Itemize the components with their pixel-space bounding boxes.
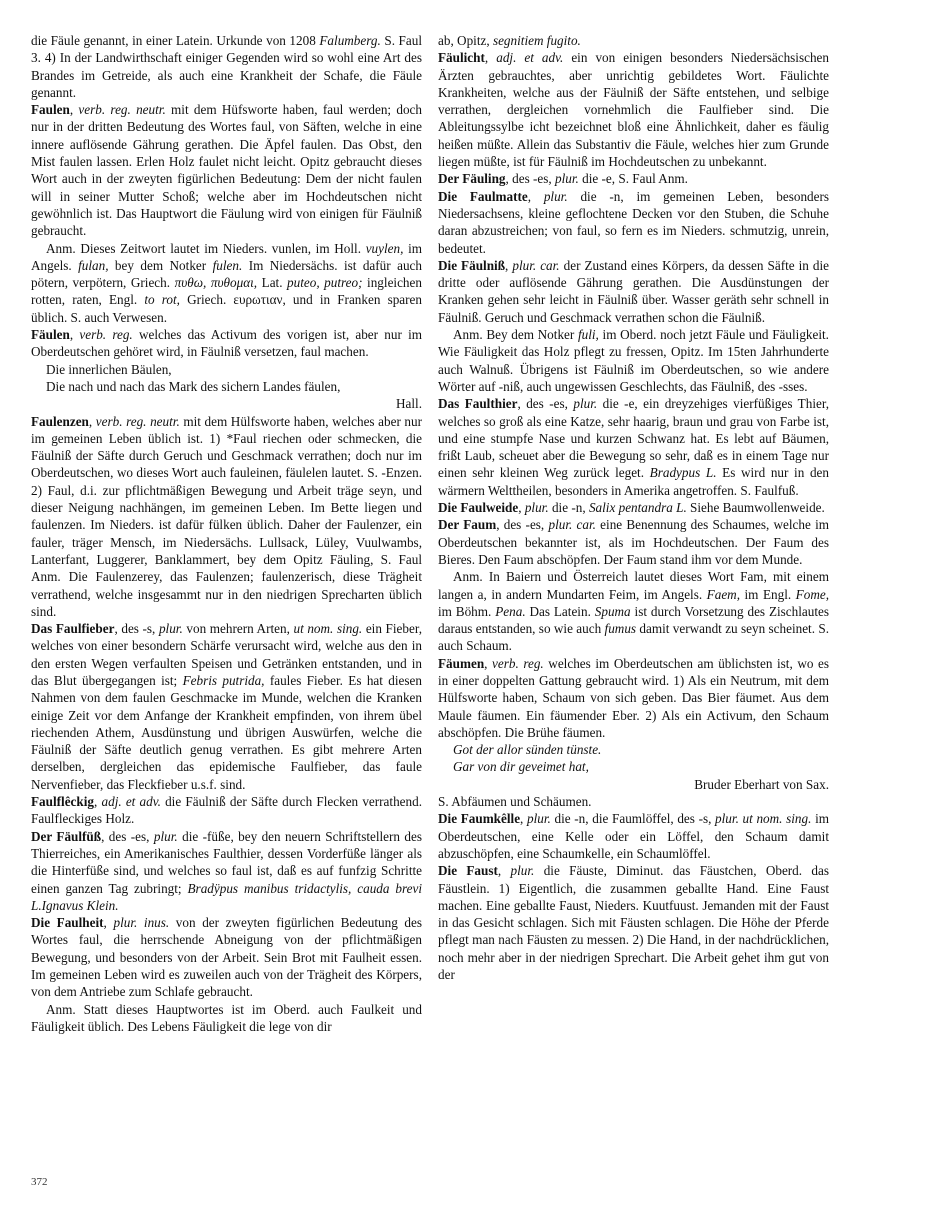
dictionary-entry: Fäulicht, adj. et adv. ein von einigen b… xyxy=(438,49,829,170)
headword: Faulenzen xyxy=(31,414,89,429)
verse-attribution: Hall. xyxy=(31,395,422,412)
italic-term: plur. xyxy=(159,621,183,636)
headword: Fäulicht xyxy=(438,50,485,65)
italic-term: plur. xyxy=(555,171,579,186)
text-run: die -e, S. Faul Anm. xyxy=(579,171,688,186)
text-run: Anm. Dieses Zeitwort lautet im Nieders. … xyxy=(46,241,366,256)
italic-term: adj. et adv. xyxy=(496,50,563,65)
italic-term: plur. xyxy=(527,811,551,826)
text-run: , des -es, xyxy=(517,396,573,411)
italic-term: plur. xyxy=(525,500,549,515)
italic-term: fulen. xyxy=(213,258,243,273)
italic-term: Salix pentandra L. xyxy=(589,500,687,515)
italic-term: Falumberg. xyxy=(319,33,380,48)
paragraph: Anm. Bey dem Notker fuli, im Oberd. noch… xyxy=(438,326,829,395)
text-run: bey dem Notker xyxy=(109,258,213,273)
headword: Die Faumkêlle xyxy=(438,811,520,826)
dictionary-entry: Die Fäulniß, plur. car. der Zustand eine… xyxy=(438,257,829,326)
text-run: mit dem Hülfsworte haben, welches aber n… xyxy=(31,414,422,619)
dictionary-entry: Fäulen, verb. reg. welches das Activum d… xyxy=(31,326,422,361)
italic-term: ut nom. sing. xyxy=(293,621,362,636)
text-run: im Böhm. xyxy=(438,604,495,619)
italic-term: plur. car. xyxy=(512,258,559,273)
left-column: die Fäule genannt, in einer Latein. Urku… xyxy=(31,32,422,1035)
dictionary-entry: Der Fäulfüß, des -es, plur. die -füße, b… xyxy=(31,828,422,914)
headword: Die Faust xyxy=(438,863,498,878)
text-run: die Fäuste, Diminut. das Fäustchen, Ober… xyxy=(438,863,829,982)
headword: Die Fäulniß xyxy=(438,258,505,273)
text-run: , xyxy=(104,915,114,930)
text-run: ein von einigen besonders Niedersächsisc… xyxy=(438,50,829,169)
dictionary-entry: Faulenzen, verb. reg. neutr. mit dem Hül… xyxy=(31,413,422,621)
headword: Der Faum xyxy=(438,517,496,532)
headword: Das Faulthier xyxy=(438,396,517,411)
italic-term: vuylen, xyxy=(366,241,404,256)
paragraph: Anm. In Baiern und Österreich lautet die… xyxy=(438,568,829,654)
italic-term: plur. xyxy=(544,189,568,204)
headword: Faulflêckig xyxy=(31,794,94,809)
right-column: ab, Opitz, segnitiem fugito.Fäulicht, ad… xyxy=(438,32,829,983)
dictionary-entry: Der Faum, des -es, plur. car. eine Benen… xyxy=(438,516,829,568)
italic-term: verb. reg. xyxy=(79,327,132,342)
paragraph: die Fäule genannt, in einer Latein. Urku… xyxy=(31,32,422,101)
verse-attribution: Bruder Eberhart von Sax. xyxy=(438,776,829,793)
headword: Der Fäuling xyxy=(438,171,506,186)
headword: Fäulen xyxy=(31,327,70,342)
italic-term: fulan, xyxy=(78,258,108,273)
dictionary-entry: Das Faulthier, des -es, plur. die -e, ei… xyxy=(438,395,829,499)
text-run: , xyxy=(528,189,544,204)
text-run: Anm. Statt dieses Hauptwortes ist im Obe… xyxy=(31,1002,422,1034)
text-run: Die nach und nach das Mark des sichern L… xyxy=(46,379,340,394)
text-run: ab, Opitz, xyxy=(438,33,493,48)
headword: Die Faulheit xyxy=(31,915,104,930)
text-run: Die innerlichen Bäulen, xyxy=(46,362,172,377)
italic-term: Spuma xyxy=(595,604,631,619)
text-run: , xyxy=(520,811,527,826)
dictionary-entry: Faulflêckig, adj. et adv. die Fäulniß de… xyxy=(31,793,422,828)
italic-term: puteo, putreo; xyxy=(287,275,362,290)
text-run: , xyxy=(70,327,80,342)
text-run: Siehe Baumwollenweide. xyxy=(687,500,825,515)
italic-term: Got der allor sünden tünste. xyxy=(453,742,601,757)
text-run: , des -es, xyxy=(506,171,555,186)
paragraph: ab, Opitz, segnitiem fugito. xyxy=(438,32,829,49)
italic-term: verb. reg. neutr. xyxy=(78,102,165,117)
headword: Faulen xyxy=(31,102,70,117)
text-run: , des -es, xyxy=(101,829,154,844)
italic-term: πυθω, πυθομαι, xyxy=(175,275,258,290)
text-run: die Fäule genannt, in einer Latein. Urku… xyxy=(31,33,319,48)
text-run: Das Latein. xyxy=(526,604,595,619)
text-run: Hall. xyxy=(396,396,422,411)
verse-line: Got der allor sünden tünste. xyxy=(438,741,829,758)
italic-term: plur. car. xyxy=(548,517,595,532)
text-run: im Engl. xyxy=(740,587,796,602)
dictionary-entry: Die Faumkêlle, plur. die -n, die Faumlöf… xyxy=(438,810,829,862)
dictionary-entry: Die Faulmatte, plur. die -n, im gemeinen… xyxy=(438,188,829,257)
text-run: , xyxy=(485,50,496,65)
italic-term: Bradypus L. xyxy=(650,465,717,480)
text-run: S. Abfäumen und Schäumen. xyxy=(438,794,591,809)
italic-term: verb. reg. xyxy=(492,656,544,671)
text-run: , des -es, xyxy=(496,517,548,532)
italic-term: plur. inus. xyxy=(113,915,169,930)
verse-line: Die nach und nach das Mark des sichern L… xyxy=(31,378,422,395)
dictionary-entry: Die Faulweide, plur. die -n, Salix penta… xyxy=(438,499,829,516)
verse-line: Die innerlichen Bäulen, xyxy=(31,361,422,378)
italic-term: to rot, xyxy=(144,292,180,307)
text-run: , xyxy=(518,500,525,515)
dictionary-entry: Die Faulheit, plur. inus. von der zweyte… xyxy=(31,914,422,1000)
dictionary-entry: Der Fäuling, des -es, plur. die -e, S. F… xyxy=(438,170,829,187)
dictionary-entry: Faulen, verb. reg. neutr. mit dem Hüfswo… xyxy=(31,101,422,239)
paragraph: Anm. Dieses Zeitwort lautet im Nieders. … xyxy=(31,240,422,326)
verse-line: Gar von dir geveimet hat, xyxy=(438,758,829,775)
headword: Das Faulfieber xyxy=(31,621,114,636)
text-run: die -n, xyxy=(549,500,589,515)
headword: Fäumen xyxy=(438,656,484,671)
italic-term: plur. xyxy=(573,396,597,411)
text-run: , xyxy=(498,863,511,878)
italic-term: Faem, xyxy=(707,587,740,602)
italic-term: Gar von dir geveimet hat, xyxy=(453,759,589,774)
headword: Die Faulweide xyxy=(438,500,518,515)
text-run: mit dem Hüfsworte haben, faul werden; do… xyxy=(31,102,422,238)
text-run: , xyxy=(94,794,101,809)
italic-term: fuli, xyxy=(578,327,599,342)
paragraph: S. Abfäumen und Schäumen. xyxy=(438,793,829,810)
dictionary-entry: Fäumen, verb. reg. welches im Oberdeutsc… xyxy=(438,655,829,741)
italic-term: segnitiem fugito. xyxy=(493,33,581,48)
italic-term: Pena. xyxy=(495,604,525,619)
dictionary-entry: Die Faust, plur. die Fäuste, Diminut. da… xyxy=(438,862,829,983)
italic-term: Febris putrida, xyxy=(183,673,265,688)
italic-term: fumus xyxy=(605,621,637,636)
paragraph: Anm. Statt dieses Hauptwortes ist im Obe… xyxy=(31,1001,422,1036)
italic-term: verb. reg. neutr. xyxy=(96,414,180,429)
page-number: 372 xyxy=(31,1176,48,1188)
text-run: Lat. xyxy=(257,275,287,290)
headword: Der Fäulfüß xyxy=(31,829,101,844)
text-run: faules Fieber. Es hat diesen Nahmen von … xyxy=(31,673,422,792)
italic-term: Fome, xyxy=(796,587,829,602)
italic-term: adj. et adv. xyxy=(102,794,161,809)
text-run: , des -s, xyxy=(114,621,159,636)
text-run: , xyxy=(89,414,96,429)
italic-term: plur. xyxy=(154,829,178,844)
text-run: von mehrern Arten, xyxy=(183,621,294,636)
dictionary-entry: Das Faulfieber, des -s, plur. von mehrer… xyxy=(31,620,422,793)
italic-term: plur. xyxy=(511,863,535,878)
text-run: Anm. Bey dem Notker xyxy=(453,327,578,342)
headword: Die Faulmatte xyxy=(438,189,528,204)
text-run: die -n, die Faumlöffel, des -s, xyxy=(551,811,715,826)
text-run: Bruder Eberhart von Sax. xyxy=(694,777,829,792)
italic-term: plur. ut nom. sing. xyxy=(715,811,811,826)
text-run: , xyxy=(484,656,492,671)
